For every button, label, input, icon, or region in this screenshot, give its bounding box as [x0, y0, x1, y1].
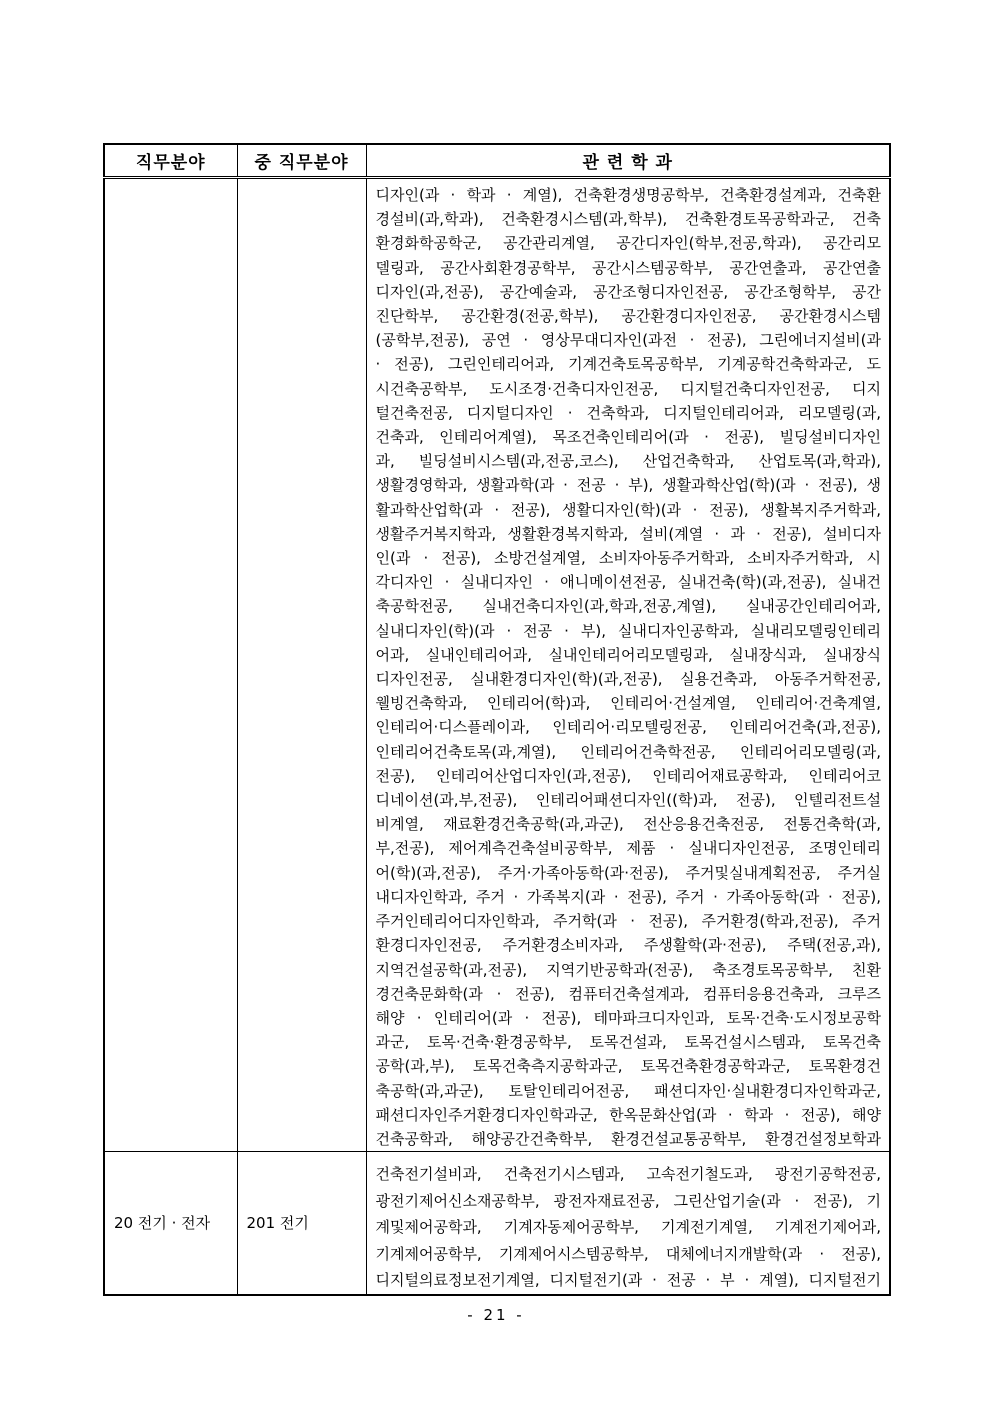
department-list-line: 환경디자인전공, 주거환경소비자과, 주생활학(과·전공), 주택(전공,과),	[376, 933, 882, 957]
department-list-line: 인테리어·디스플레이과, 인테리어·리모텔링전공, 인테리어건축(과,전공),	[376, 715, 882, 739]
mid-job-field-cell: 201 전기	[237, 1152, 366, 1295]
department-list-line: 광전기제어신소재공학부, 광전자재료전공, 그린산업기술(과 · 전공), 기	[376, 1188, 882, 1215]
department-list-line: 비계열, 재료환경건축공학(과,과군), 전산응용건축전공, 전통건축학(과,	[376, 812, 882, 836]
department-list-line: 계및제어공학과, 기계자동제어공학부, 기계전기계열, 기계전기제어과,	[376, 1214, 882, 1241]
header-mid-job-field: 중 직무분야	[237, 144, 366, 178]
related-departments-cell: 건축전기설비과, 건축전기시스템과, 고속전기철도과, 광전기공학전공,광전기제…	[366, 1152, 890, 1295]
department-list-line: 생활경영학과, 생활과학(과 · 전공 · 부), 생활과학산업(학)(과 · …	[376, 473, 882, 497]
header-job-field: 직무분야	[104, 144, 237, 178]
table-body: 디자인(과 · 학과 · 계열), 건축환경생명공학부, 건축환경설계과, 건축…	[104, 178, 890, 1295]
department-list-line: 생활주거복지학과, 생활환경복지학과, 설비(계열 · 과 · 전공), 설비디…	[376, 522, 882, 546]
department-list-line: 지역건설공학(과,전공), 지역기반공학과(전공), 축조경토목공학부, 친환	[376, 958, 882, 982]
header-row: 직무분야 중 직무분야 관 련 학 과	[104, 144, 890, 178]
department-list-line: (공학부,전공), 공연 · 영상무대디자인(과전 · 전공), 그린에너지설비…	[376, 328, 882, 352]
mid-job-field-cell	[237, 178, 366, 1152]
department-list-line: 건축전기설비과, 건축전기시스템과, 고속전기철도과, 광전기공학전공,	[376, 1161, 882, 1188]
department-list-line: 공학(과,부), 토목건축측지공학과군, 토목건축환경공학과군, 토목환경건	[376, 1054, 882, 1078]
related-departments-table: 직무분야 중 직무분야 관 련 학 과 디자인(과 · 학과 · 계열), 건축…	[103, 143, 891, 1296]
department-list-line: 내디자인학과, 주거 · 가족복지(과 · 전공), 주거 · 가족아동학(과 …	[376, 885, 882, 909]
page-number: - 21 -	[0, 1306, 992, 1324]
department-list-line: 웰빙건축학과, 인테리어(학)과, 인테리어·건설계열, 인테리어·건축계열,	[376, 691, 882, 715]
department-list-line: 디지털의료정보전기계열, 디지털전기(과 · 전공 · 부 · 계열), 디지털…	[376, 1267, 882, 1294]
job-field-cell: 20 전기 · 전자	[104, 1152, 237, 1295]
department-list-line: 전공), 인테리어산업디자인(과,전공), 인테리어재료공학과, 인테리어코	[376, 764, 882, 788]
department-list-line: 과, 빌딩설비시스템(과,전공,코스), 산업건축학과, 산업토목(과,학과),	[376, 449, 882, 473]
department-list-line: 시건축공학부, 도시조경·건축디자인전공, 디지털건축디자인전공, 디지	[376, 377, 882, 401]
header-related-departments: 관 련 학 과	[366, 144, 890, 178]
department-list-line: 디자인(과 · 학과 · 계열), 건축환경생명공학부, 건축환경설계과, 건축…	[376, 183, 882, 207]
department-list-line: 인(과 · 전공), 소방건설계열, 소비자아동주거학과, 소비자주거학과, 시	[376, 546, 882, 570]
department-list-line: 디자인(과,전공), 공간예술과, 공간조형디자인전공, 공간조형학부, 공간	[376, 280, 882, 304]
department-list-line: 진단학부, 공간환경(전공,학부), 공간환경디자인전공, 공간환경시스템	[376, 304, 882, 328]
department-list-line: · 전공), 그린인테리어과, 기계건축토목공학부, 기계공학건축학과군, 도	[376, 352, 882, 376]
department-list-line: 건축과, 인테리어계열), 목조건축인테리어(과 · 전공), 빌딩설비디자인	[376, 425, 882, 449]
department-list-line: 경설비(과,학과), 건축환경시스템(과,학부), 건축환경토목공학과군, 건축	[376, 207, 882, 231]
department-list-line: 과군, 토목·건축·환경공학부, 토목건설과, 토목건설시스템과, 토목건축	[376, 1030, 882, 1054]
department-list-line: 환경화학공학군, 공간관리계열, 공간디자인(학부,전공,학과), 공간리모	[376, 231, 882, 255]
department-list-line: 인테리어건축토목(과,계열), 인테리어건축학전공, 인테리어리모델링(과,	[376, 740, 882, 764]
department-list-line: 활과학산업학(과 · 전공), 생활디자인(학)(과 · 전공), 생활복지주거…	[376, 498, 882, 522]
department-list-line: 실내디자인(학)(과 · 전공 · 부), 실내디자인공학과, 실내리모델링인테…	[376, 619, 882, 643]
table-row: 20 전기 · 전자201 전기건축전기설비과, 건축전기시스템과, 고속전기철…	[104, 1152, 890, 1295]
department-list-line: 각디자인 · 실내디자인 · 애니메이션전공, 실내건축(학)(과,전공), 실…	[376, 570, 882, 594]
department-list-line: 해양 · 인테리어(과 · 전공), 테마파크디자인과, 토목·건축·도시정보공…	[376, 1006, 882, 1030]
department-list-line: 건축공학과, 해양공간건축학부, 환경건설교통공학부, 환경건설정보학과	[376, 1127, 882, 1151]
job-field-cell	[104, 178, 237, 1152]
department-list-line: 부,전공), 제어계측건축설비공학부, 제품 · 실내디자인전공, 조명인테리	[376, 836, 882, 860]
department-list-line: 디자인전공, 실내환경디자인(학)(과,전공), 실용건축과, 아동주거학전공,	[376, 667, 882, 691]
department-list-line: 기계제어공학부, 기계제어시스템공학부, 대체에너지개발학(과 · 전공),	[376, 1241, 882, 1268]
department-list-line: 패션디자인주거환경디자인학과군, 한옥문화산업(과 · 학과 · 전공), 해양	[376, 1103, 882, 1127]
department-list-line: 경건축문화학(과 · 전공), 컴퓨터건축설계과, 컴퓨터응용건축과, 크루즈	[376, 982, 882, 1006]
department-list-line: 어과, 실내인테리어과, 실내인테리어리모델링과, 실내장식과, 실내장식	[376, 643, 882, 667]
department-list-line: 디네이션(과,부,전공), 인테리어패션디자인((학)과, 전공), 인텔리전트…	[376, 788, 882, 812]
department-list-line: 축공학전공, 실내건축디자인(과,학과,전공,계열), 실내공간인테리어과,	[376, 594, 882, 618]
department-list-line: 털건축전공, 디지털디자인 · 건축학과, 디지털인테리어과, 리모델링(과,	[376, 401, 882, 425]
department-list-line: 축공학(과,과군), 토탈인테리어전공, 패션디자인·실내환경디자인학과군,	[376, 1079, 882, 1103]
department-list-line: 델링과, 공간사회환경공학부, 공간시스템공학부, 공간연출과, 공간연출	[376, 256, 882, 280]
table-row: 디자인(과 · 학과 · 계열), 건축환경생명공학부, 건축환경설계과, 건축…	[104, 178, 890, 1152]
department-list-line: 주거인테리어디자인학과, 주거학(과 · 전공), 주거환경(학과,전공), 주…	[376, 909, 882, 933]
document-page: 직무분야 중 직무분야 관 련 학 과 디자인(과 · 학과 · 계열), 건축…	[0, 0, 992, 1403]
department-list-line: 어(학)(과,전공), 주거·가족아동학(과·전공), 주거및실내계획전공, 주…	[376, 861, 882, 885]
related-departments-cell: 디자인(과 · 학과 · 계열), 건축환경생명공학부, 건축환경설계과, 건축…	[366, 178, 890, 1152]
table-header: 직무분야 중 직무분야 관 련 학 과	[104, 144, 890, 178]
